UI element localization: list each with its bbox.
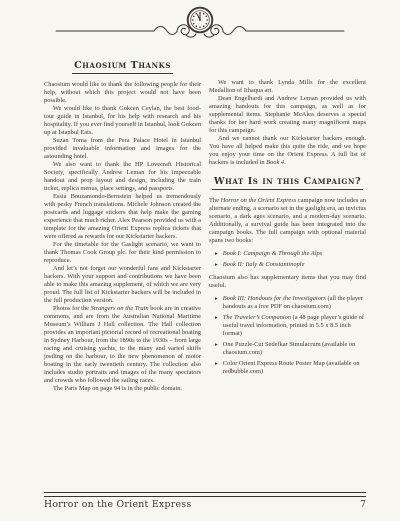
paragraph: Chaosium would like to thank the followi… xyxy=(44,81,201,105)
chaosium-thanks-heading: Chaosium Thanks xyxy=(72,60,173,74)
book-page: Chaosium Thanks Chaosium would like to t… xyxy=(0,0,400,521)
paragraph: Chaosium also has supplementary items th… xyxy=(209,274,366,290)
campaign-book-list: ▸ Book I: Campaign & Through the Alps ▸ … xyxy=(209,250,366,269)
paragraph: We also want to thank the HP Lovecraft H… xyxy=(44,161,201,193)
paragraph: Essia Bouzamondo-Bernstein helped us tre… xyxy=(44,193,201,241)
list-item-text: Book I: Campaign & Through the Alps xyxy=(223,250,366,258)
two-column-text: Chaosium Thanks Chaosium would like to t… xyxy=(44,58,366,393)
list-item: ▸ Color Orient Express Route Poster Map … xyxy=(215,360,366,376)
right-column: We want to thank Lynda Mills for the exc… xyxy=(209,58,366,393)
bullet-triangle-icon: ▸ xyxy=(215,261,218,269)
campaign-section-heading: What Is in this Campaign? xyxy=(212,176,363,190)
list-item: ▸ Book III: Handouts for the Investigato… xyxy=(215,295,366,311)
list-item: ▸ One Puzzle-Cut Sedefkar Simulacrum (av… xyxy=(215,341,366,357)
bullet-triangle-icon: ▸ xyxy=(215,341,218,357)
list-item-text: Book II: Italy & Constantinople xyxy=(223,261,366,269)
paragraph: Photos for the Strangers on the Train bo… xyxy=(44,305,201,385)
paragraph: For the timetable for the Gaslight scena… xyxy=(44,241,201,265)
paragraph: And let’s not forget our wonderful fans … xyxy=(44,265,201,305)
list-item-text: The Traveler’s Companion (a 48 page play… xyxy=(223,314,366,338)
bullet-triangle-icon: ▸ xyxy=(215,295,218,311)
clock-ornament-icon xyxy=(50,2,350,44)
paragraph: The Horror on the Orient Express campaig… xyxy=(209,197,366,245)
supplement-list: ▸ Book III: Handouts for the Investigato… xyxy=(209,295,366,376)
paragraph: The Paris Map on page 94 is in the publi… xyxy=(44,385,201,393)
paragraph: Suzan Toma from the Pera Palace Hotel in… xyxy=(44,137,201,161)
page-number: 7 xyxy=(360,499,366,510)
page-footer: Horror on the Orient Express 7 xyxy=(44,492,366,510)
list-item: ▸ Book II: Italy & Constantinople xyxy=(215,261,366,269)
footer-book-title: Horror on the Orient Express xyxy=(44,499,191,510)
list-item: ▸ Book I: Campaign & Through the Alps xyxy=(215,250,366,258)
bullet-triangle-icon: ▸ xyxy=(215,250,218,258)
list-item-text: Color Orient Express Route Poster Map (a… xyxy=(223,360,366,376)
header-ornament xyxy=(50,2,350,44)
paragraph: We would like to thank Gokcen Ceylan, th… xyxy=(44,105,201,137)
paragraph: We want to thank Lynda Mills for the exc… xyxy=(209,79,366,95)
bullet-triangle-icon: ▸ xyxy=(215,314,218,338)
list-item-text: Book III: Handouts for the Investigators… xyxy=(223,295,366,311)
left-column: Chaosium Thanks Chaosium would like to t… xyxy=(44,58,201,393)
paragraph: And we cannot thank our Kickstarter back… xyxy=(209,135,366,167)
list-item-text: One Puzzle-Cut Sedefkar Simulacrum (avai… xyxy=(223,341,366,357)
list-item: ▸ The Traveler’s Companion (a 48 page pl… xyxy=(215,314,366,338)
footer-rule xyxy=(44,492,366,497)
bullet-triangle-icon: ▸ xyxy=(215,360,218,376)
paragraph: Dean Engelhardt and Andrew Leman provide… xyxy=(209,95,366,135)
